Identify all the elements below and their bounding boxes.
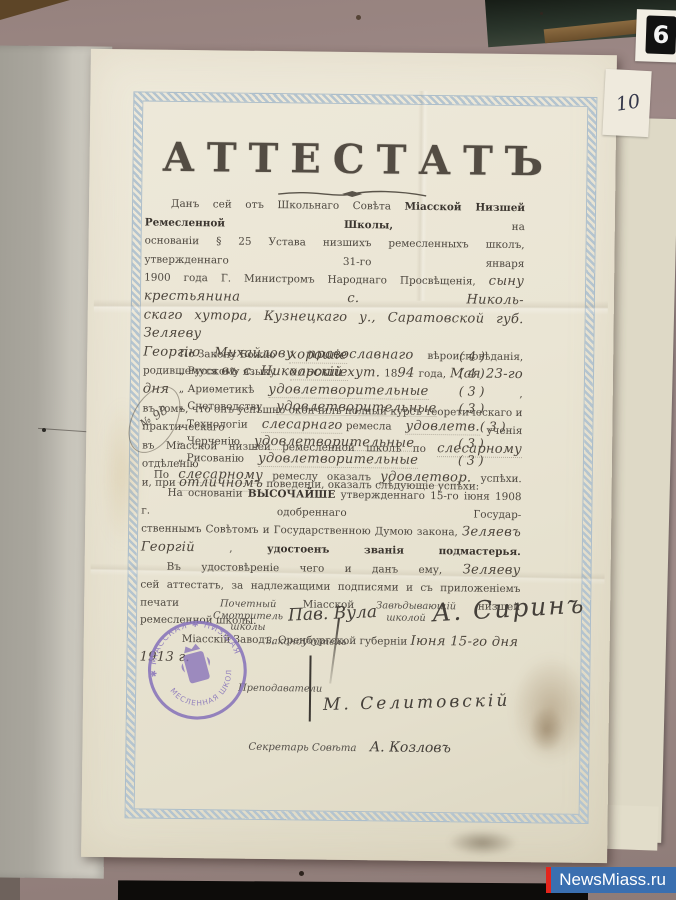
certificate-title: АТТЕСТАТЪ [89, 133, 616, 186]
numeric-grade-mark: ( 4 ) [459, 366, 501, 382]
text-segment: На основаніи [167, 487, 247, 500]
text-segment: ВЫСОЧАЙШЕ [248, 488, 336, 501]
text-segment: „ Ариѳметикѣ [179, 383, 255, 396]
text-segment: хорошіе [289, 347, 347, 364]
archive-number-box: 6 [645, 15, 676, 54]
school-head-label-line1: Завѣдывающій [376, 600, 436, 612]
text-segment: удовлетворительные [254, 434, 414, 452]
grades-list: По Закону Божіюхорошіе( 4 )„ Русскому яз… [178, 345, 501, 471]
seal-eagle-emblem [176, 641, 214, 685]
school-head-label: Завѣдывающій школой [376, 600, 436, 624]
text-segment: слесарнаго [262, 416, 343, 433]
archive-page-number: 10 [614, 90, 641, 116]
text-segment: основаніи § 25 Устава низшихъ ремесленны… [144, 235, 524, 270]
text-segment: слесарному [178, 467, 263, 484]
text-segment: , [195, 542, 267, 555]
text-segment: скаго хутора, Кузнецкаго у., Саратовской… [143, 307, 523, 341]
watermark-text: NewsMiass.ru [551, 867, 676, 893]
numeric-grade-mark: ( 3 ) [459, 383, 501, 399]
photo-of-certificate: { "photo": { "archive_corner_number": "6… [0, 0, 676, 900]
text-segment: успѣхи. [471, 472, 522, 485]
text-segment: Георгій [141, 540, 195, 556]
numeric-grade-mark: ( 3 ) [480, 418, 522, 434]
text-segment: По [154, 469, 179, 481]
law-teacher-label: Законоучитель [266, 636, 347, 648]
text-segment: „ Технологіи [178, 417, 248, 430]
teacher-signature: М. Селитовскій [323, 691, 511, 715]
numeric-grade-mark: ( 3 ) [458, 435, 500, 451]
secretary-label: Секретарь Совѣта [248, 742, 356, 754]
text-segment: удовлетвор. [380, 469, 471, 486]
text-segment: „ Рисованію [178, 452, 244, 465]
text-segment: Зеляевъ [462, 525, 521, 541]
numeric-grade-mark: ( 3 ) [458, 453, 500, 469]
text-segment: „ Русскому языку [179, 365, 276, 378]
text-segment: ремесла [343, 419, 392, 432]
paper-stain [447, 829, 517, 856]
text-segment: удовлетворительные [268, 382, 428, 400]
archive-corner-label: 6 [635, 9, 676, 63]
binding-stitch [42, 428, 46, 432]
text-segment: Данъ сей отъ Школьнаго Совѣта [171, 198, 405, 213]
dark-table-bottom [118, 880, 588, 900]
text-segment: Въ удостовѣреніе чего и данъ ему, [167, 561, 463, 577]
text-segment: удовлетворительные [276, 399, 436, 417]
subject-and-grade: „ Русскому языкухорошіе [179, 363, 459, 381]
document-line: скаго хутора, Кузнецкаго у., Саратовской… [143, 306, 523, 348]
text-segment: 1900 года Г. Министромъ Народнаго Просвѣ… [144, 272, 489, 288]
text-segment: „ Черченію [178, 435, 240, 448]
school-head-label-line2: школой [376, 612, 436, 624]
text-segment: Зеляеву [463, 562, 521, 578]
cardboard-specks [0, 0, 3, 3]
table-edge-top-left [0, 0, 70, 20]
margin-number-text: № 98 [137, 403, 170, 431]
archive-page-label: 10 [602, 69, 651, 137]
numeric-grade-mark: ( 3 ) [459, 401, 501, 417]
text-segment: хорошіе [290, 365, 348, 382]
secretary-signature: А. Козловъ [370, 739, 451, 756]
document-line: 1900 года Г. Министромъ Народнаго Просвѣ… [144, 269, 524, 311]
text-segment: „ Счетоводству [179, 400, 263, 413]
certificate-sheet: АТТЕСТАТЪ Данъ сей отъ Школьнаго Совѣта … [81, 49, 617, 863]
subject-and-grade: По Закону Божіюхорошіе [179, 346, 459, 364]
honorary-supervisor-signature: Пав. Вула [288, 602, 378, 626]
document-line: Данъ сей отъ Школьнаго Совѣта Міасской Н… [145, 194, 525, 236]
subject-and-grade: „ Ариѳметикѣудовлетворительные [179, 381, 459, 399]
secretary-line: Секретарь Совѣта А. Козловъ [248, 735, 451, 756]
text-segment: на [393, 219, 525, 233]
document-line: На основаніи ВЫСОЧАЙШЕ утвержденнаго 15-… [141, 484, 521, 524]
text-segment: По Закону Божію [179, 348, 275, 361]
subject-and-grade: „ Технологіислесарнаго ремеслаудовлетв. [178, 415, 480, 434]
text-segment: ремеслу оказалъ [263, 470, 380, 483]
text-segment: ственнымъ Совѣтомъ и Государственною Дум… [141, 523, 462, 539]
subject-and-grade: „ Черченіюудовлетворительные [178, 433, 458, 451]
text-segment: удовлетв. [405, 418, 480, 435]
document-line: основаніи § 25 Устава низшихъ ремесленны… [144, 232, 524, 274]
text-segment: удостоенъ званія подмастерья. [267, 543, 521, 558]
subject-and-grade: „ Счетоводствуудовлетворительные [179, 398, 459, 416]
numeric-grade-mark: ( 4 ) [459, 348, 501, 364]
news-site-watermark: NewsMiass.ru [546, 867, 676, 893]
